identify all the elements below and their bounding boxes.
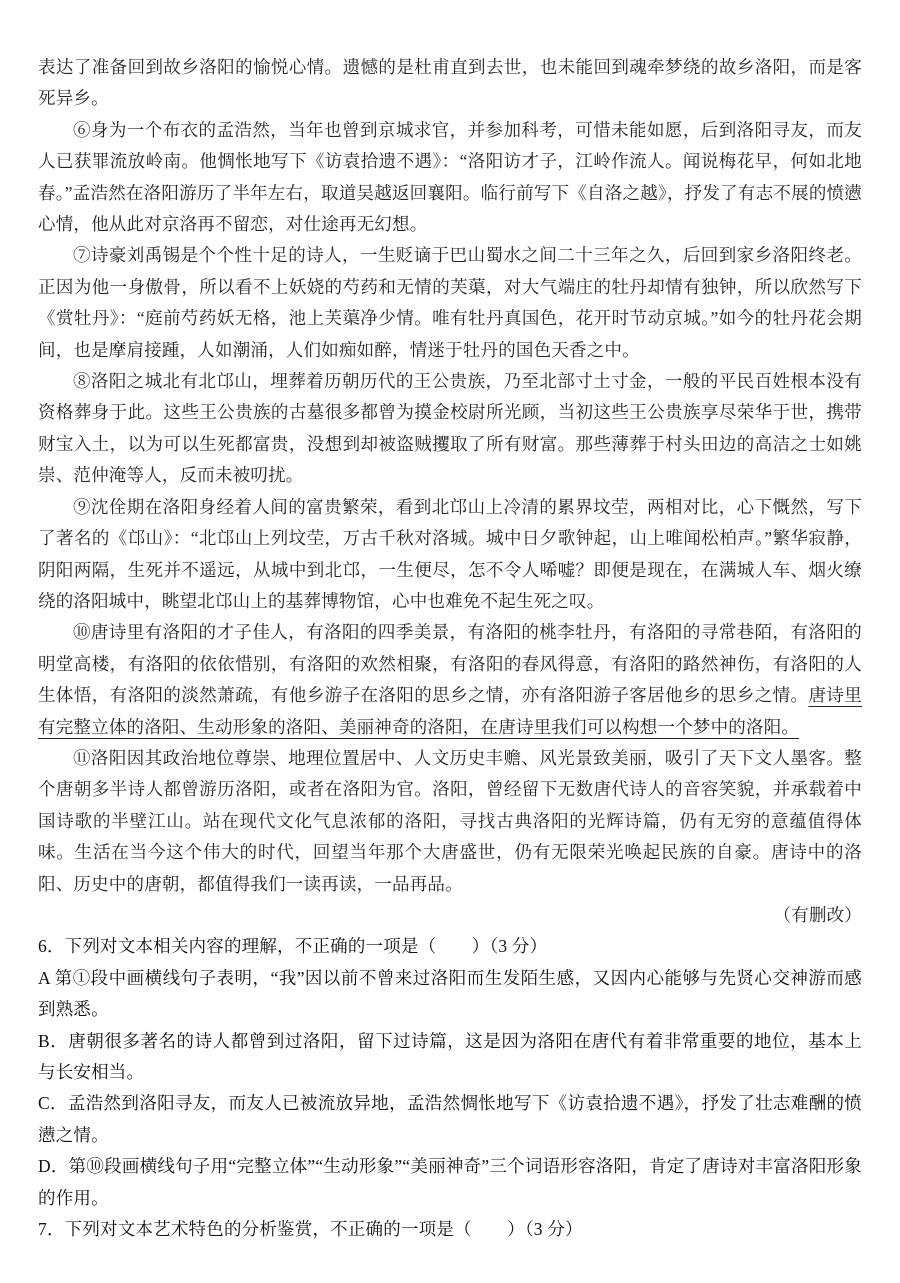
passage-attribution-note: （有删改） (38, 900, 862, 931)
question-6-stem: 6．下列对文本相关内容的理解，不正确的一项是（ ）（3 分） (38, 931, 862, 962)
passage-paragraph-10: ⑩唐诗里有洛阳的才子佳人，有洛阳的四季美景，有洛阳的桃李牡丹，有洛阳的寻常巷陌，… (38, 617, 862, 743)
passage-paragraph-11: ⑪洛阳因其政治地位尊崇、地理位置居中、人文历史丰赡、风光景致美丽，吸引了天下文人… (38, 743, 862, 900)
passage-paragraph-7: ⑦诗豪刘禹锡是个个性十足的诗人，一生贬谪于巴山蜀水之间二十三年之久，后回到家乡洛… (38, 240, 862, 366)
questions-section: 6．下列对文本相关内容的理解，不正确的一项是（ ）（3 分） A 第①段中画横线… (38, 931, 862, 1245)
passage-paragraph-9: ⑨沈佺期在洛阳身经着人间的富贵繁荣，看到北邙山上冷清的累界坟茔，两相对比，心下慨… (38, 492, 862, 618)
exam-document-page: 表达了准备回到故乡洛阳的愉悦心情。遗憾的是杜甫直到去世，也未能回到魂牵梦绕的故乡… (0, 0, 900, 1283)
question-6-option-b: B．唐朝很多著名的诗人都曾到过洛阳，留下过诗篇，这是因为洛阳在唐代有着非常重要的… (38, 1026, 862, 1089)
question-6-option-c: C．孟浩然到洛阳寻友，而友人已被流放异地，孟浩然惆怅地写下《访袁拾遗不遇》，抒发… (38, 1088, 862, 1151)
question-6-option-d: D．第⑩段画横线句子用“完整立体”“生动形象”“美丽神奇”三个词语形容洛阳，肯定… (38, 1151, 862, 1214)
passage-paragraph-continuation: 表达了准备回到故乡洛阳的愉悦心情。遗憾的是杜甫直到去世，也未能回到魂牵梦绕的故乡… (38, 52, 862, 115)
question-7-stem: 7．下列对文本艺术特色的分析鉴赏，不正确的一项是（ ）（3 分） (38, 1214, 862, 1245)
passage-paragraph-10-main-text: ⑩唐诗里有洛阳的才子佳人，有洛阳的四季美景，有洛阳的桃李牡丹，有洛阳的寻常巷陌，… (38, 622, 862, 705)
passage-paragraph-6: ⑥身为一个布衣的孟浩然，当年也曾到京城求官，并参加科考，可惜未能如愿，后到洛阳寻… (38, 115, 862, 241)
passage-paragraph-8: ⑧洛阳之城北有北邙山，埋葬着历朝历代的王公贵族，乃至北部寸土寸金，一般的平民百姓… (38, 366, 862, 492)
question-6-option-a: A 第①段中画横线句子表明，“我”因以前不曾来过洛阳而生发陌生感，又因内心能够与… (38, 963, 862, 1026)
reading-passage: 表达了准备回到故乡洛阳的愉悦心情。遗憾的是杜甫直到去世，也未能回到魂牵梦绕的故乡… (38, 52, 862, 931)
